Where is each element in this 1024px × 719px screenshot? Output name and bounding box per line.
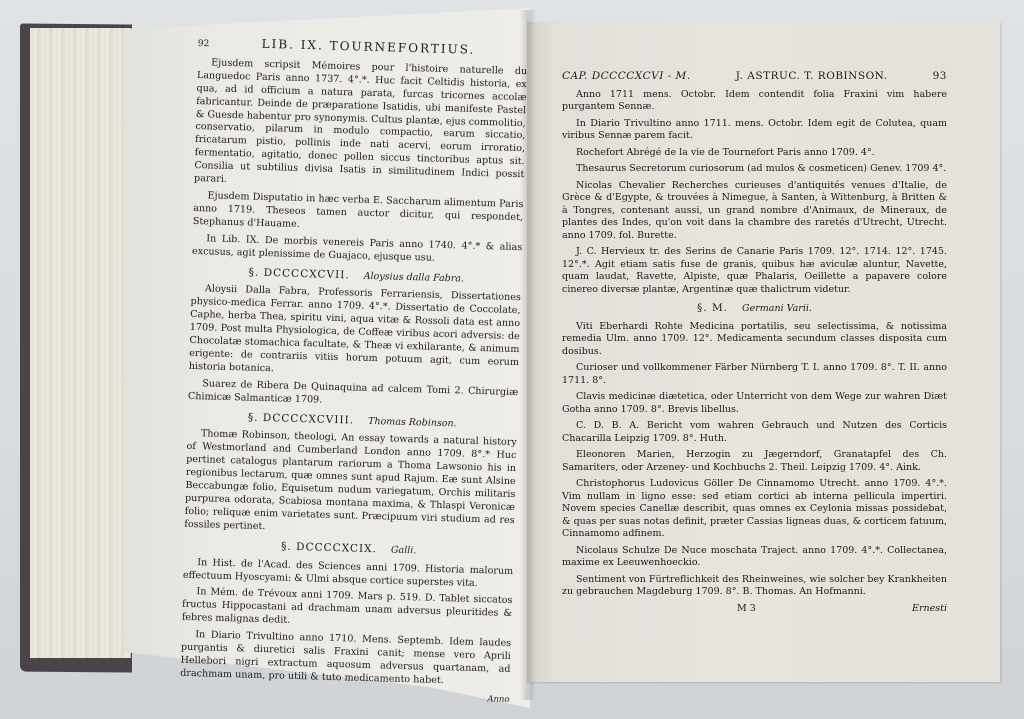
section-name: Thomas Robinson. xyxy=(368,415,457,428)
catchword: Ernesti xyxy=(912,603,947,616)
bibliography-entry: Ejusdem Disputatio in hæc verba E. Sacch… xyxy=(193,190,524,238)
bibliography-entry: In Diario Trivultino anno 1710. Mens. Se… xyxy=(180,629,511,690)
page-footer: M 3 Ernesti xyxy=(562,603,947,616)
bibliography-entry: Nicolaus Schulze De Nuce moschata Trajec… xyxy=(562,545,947,570)
section-name: Aloysius dalla Fabra. xyxy=(364,270,465,284)
bibliography-entry: Viti Eberhardi Rohte Medicina portatilis… xyxy=(562,321,947,359)
running-head-title: J. ASTRUC. T. ROBINSON. xyxy=(736,70,888,83)
bibliography-entry: Aloysii Dalla Fabra, Professoris Ferrari… xyxy=(189,283,521,383)
bibliography-entry: C. D. B. A. Bericht vom wahren Gebrauch … xyxy=(562,420,947,445)
page-number: 92 xyxy=(198,38,210,51)
running-head-chapter: CAP. DCCCCXCVI - M. xyxy=(562,70,691,83)
bibliography-entry: Anno 1711 mens. Octobr. Idem contendit f… xyxy=(562,89,947,114)
bibliography-entry: In Mém. de Trévoux anni 1709. Mars p. 51… xyxy=(182,586,513,634)
bibliography-entry: Thesaurus Secretorum curiosorum (ad mulo… xyxy=(562,163,947,176)
left-page-body: Ejusdem scripsit Mémoires pour l'histoir… xyxy=(180,57,527,690)
right-page-body: Anno 1711 mens. Octobr. Idem contendit f… xyxy=(562,89,947,599)
bibliography-entry: Suarez de Ribera De Quinaquina ad calcem… xyxy=(188,378,519,413)
bibliography-entry: In Diario Trivultino anno 1711. mens. Oc… xyxy=(562,118,947,143)
bibliography-entry: J. C. Hervieux tr. des Serins de Canarie… xyxy=(562,246,947,296)
bibliography-entry: Ejusdem scripsit Mémoires pour l'histoir… xyxy=(194,57,527,195)
bibliography-entry: Eleonoren Marien, Herzogin zu Jægerndorf… xyxy=(562,449,947,474)
bibliography-entry: Christophorus Ludovicus Göller De Cinnam… xyxy=(562,478,947,541)
bibliography-entry: In Lib. IX. De morbis venereis Paris ann… xyxy=(192,233,523,268)
bibliography-entry: Curioser und vollkommener Färber Nürnber… xyxy=(562,362,947,387)
signature-mark: M 3 xyxy=(737,603,756,616)
section-number: §. DCCCCXCVIII. xyxy=(248,411,354,426)
section-name: Germani Varii. xyxy=(742,303,812,314)
section-number: §. DCCCCXCVII. xyxy=(249,266,350,281)
bibliography-entry: Sentiment von Fürtreflichkeit des Rheinw… xyxy=(562,574,947,599)
bibliography-entry: Nicolas Chevalier Recherches curieuses d… xyxy=(562,180,947,243)
section-number: §. DCCCCXCIX. xyxy=(281,540,377,555)
page-number: 93 xyxy=(933,70,947,83)
section-name: Galli. xyxy=(391,544,417,556)
bibliography-entry: Rochefort Abrégé de la vie de Tournefort… xyxy=(562,147,947,160)
bibliography-entry: Clavis medicinæ diætetica, oder Unterric… xyxy=(562,391,947,416)
bibliography-entry: In Hist. de l'Acad. des Sciences anni 17… xyxy=(183,556,514,591)
right-page-text: CAP. DCCCCXCVI - M. J. ASTRUC. T. ROBINS… xyxy=(562,70,947,615)
bibliography-entry: Thomæ Robinson, theologi, An essay towar… xyxy=(184,428,517,540)
section-heading: §. M.Germani Varii. xyxy=(562,302,947,316)
right-running-head: CAP. DCCCCXCVI - M. J. ASTRUC. T. ROBINS… xyxy=(562,70,947,83)
page-block-edges xyxy=(30,28,131,658)
left-page-text: 92 LIB. IX. TOURNEFORTIUS. Ejusdem scrip… xyxy=(180,36,528,707)
section-number: §. M. xyxy=(697,302,728,314)
